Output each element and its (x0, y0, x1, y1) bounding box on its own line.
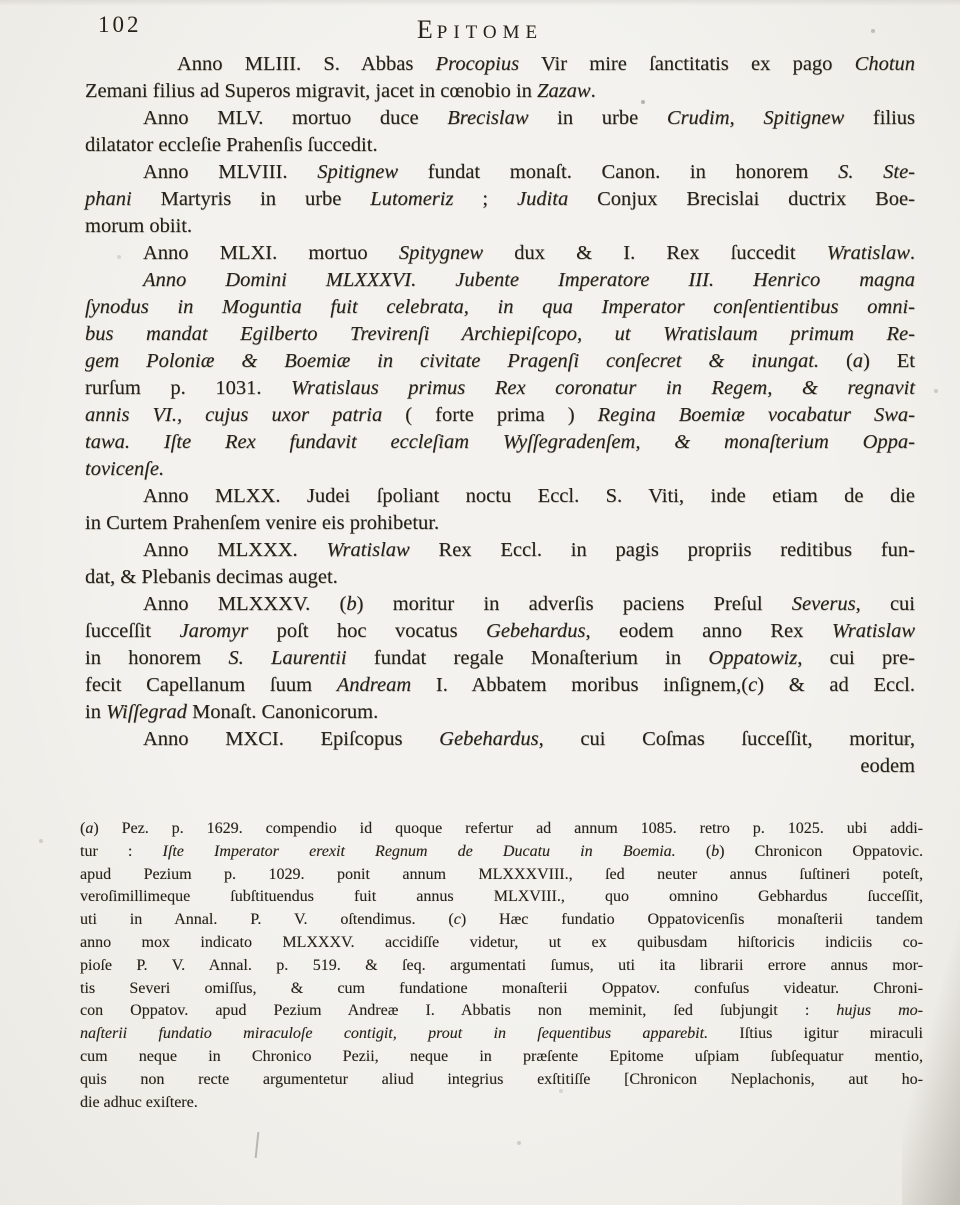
text-line: (a) Pez. p. 1629. compendio id quoque re… (80, 818, 923, 841)
text-line: fecit Capellanum ſuum Andream I. Abbatem… (85, 672, 915, 699)
text-line: uti in Annal. P. V. oſtendimus. (c) Hæc … (80, 909, 923, 932)
text-line: naſterii fundatio miraculoſe contigit, p… (80, 1023, 923, 1046)
text-line: Anno Domini MLXXXVI. Jubente Imperatore … (85, 267, 915, 294)
paragraph: (a) Pez. p. 1629. compendio id quoque re… (80, 818, 923, 1114)
page-header: 102 EPITOME (0, 0, 960, 50)
text-line: apud Pezium p. 1029. ponit annum MLXXXVI… (80, 864, 923, 887)
text-line: anno mox indicato MLXXXV. accidiſſe vide… (80, 932, 923, 955)
paragraph: Anno MLVIII. Spitignew fundat monaſt. Ca… (85, 159, 915, 240)
text-line: dat, & Plebanis decimas auget. (85, 564, 915, 591)
text-line: Anno MLIII. S. Abbas Procopius Vir mire … (85, 51, 915, 78)
text-line: bus mandat Egilberto Trevirenſi Archiepi… (85, 321, 915, 348)
text-line: gem Poloniæ & Boemiæ in civitate Pragenſ… (85, 348, 915, 375)
text-line: in Wiſſegrad Monaſt. Canonicorum. (85, 699, 915, 726)
text-line: dilatator eccleſie Prahenſis ſuccedit. (85, 132, 915, 159)
text-line: tis Severi omiſſus, & cum fundatione mon… (80, 978, 923, 1001)
paragraph: Anno MLXI. mortuo Spitygnew dux & I. Rex… (85, 240, 915, 267)
text-line: Anno MLXXXV. (b) moritur in adverſis pac… (85, 591, 915, 618)
text-line: tawa. Iſte Rex fundavit eccleſiam Wyſſeg… (85, 429, 915, 456)
text-line: rurſum p. 1031. Wratislaus primus Rex co… (85, 375, 915, 402)
running-title: EPITOME (0, 15, 960, 45)
text-line: phani Martyris in urbe Lutomeriz ; Judit… (85, 186, 915, 213)
paragraph: Anno MLIII. S. Abbas Procopius Vir mire … (85, 51, 915, 105)
text-line: tur : Iſte Imperator erexit Regnum de Du… (80, 841, 923, 864)
paragraph: Anno MLXXX. Wratislaw Rex Eccl. in pagis… (85, 537, 915, 591)
text-line: annis VI., cujus uxor patria ( forte pri… (85, 402, 915, 429)
text-line: veroſimillimeque ſubſtituendus fuit annu… (80, 886, 923, 909)
text-line: Anno MLXX. Judei ſpoliant noctu Eccl. S.… (85, 483, 915, 510)
text-line: Anno MXCI. Epiſcopus Gebehardus, cui Coſ… (85, 726, 915, 753)
text-line: Anno MLXI. mortuo Spitygnew dux & I. Rex… (85, 240, 915, 267)
text-line: Zemani filius ad Superos migravit, jacet… (85, 78, 915, 105)
text-line: cum neque in Chronico Pezii, neque in pr… (80, 1046, 923, 1069)
text-line: Anno MLVIII. Spitignew fundat monaſt. Ca… (85, 159, 915, 186)
paragraph: Anno MLXX. Judei ſpoliant noctu Eccl. S.… (85, 483, 915, 537)
main-text: Anno MLIII. S. Abbas Procopius Vir mire … (85, 51, 915, 780)
text-line: quis non recte argumentetur aliud integr… (80, 1069, 923, 1092)
text-line: con Oppatov. apud Pezium Andreæ I. Abbat… (80, 1000, 923, 1023)
footnote-block: (a) Pez. p. 1629. compendio id quoque re… (80, 818, 923, 1114)
text-line: pioſe P. V. Annal. p. 519. & ſeq. argume… (80, 955, 923, 978)
scanned-book-page: { "colors": { "paper": "#f0efeb", "ink":… (0, 0, 960, 1205)
text-line: die adhuc exiſtere. (80, 1092, 923, 1115)
paragraph: Anno MXCI. Epiſcopus Gebehardus, cui Coſ… (85, 726, 915, 780)
text-line: Anno MLV. mortuo duce Brecislaw in urbe … (85, 105, 915, 132)
text-line: ſucceſſit Jaromyr poſt hoc vocatus Gebeh… (85, 618, 915, 645)
text-line: in honorem S. Laurentii fundat regale Mo… (85, 645, 915, 672)
text-line: tovicenſe. (85, 456, 915, 483)
book-page: 102 EPITOME Anno MLIII. S. Abbas Procopi… (0, 0, 960, 1205)
text-line: Anno MLXXX. Wratislaw Rex Eccl. in pagis… (85, 537, 915, 564)
paragraph: Anno MLXXXV. (b) moritur in adverſis pac… (85, 591, 915, 726)
text-line: ſynodus in Moguntia fuit celebrata, in q… (85, 294, 915, 321)
text-line: in Curtem Prahenſem venire eis prohibetu… (85, 510, 915, 537)
text-line: morum obiit. (85, 213, 915, 240)
paragraph: Anno MLV. mortuo duce Brecislaw in urbe … (85, 105, 915, 159)
scan-scratch (255, 1132, 259, 1158)
catchword: eodem (85, 753, 915, 780)
paragraph: Anno Domini MLXXXVI. Jubente Imperatore … (85, 267, 915, 483)
